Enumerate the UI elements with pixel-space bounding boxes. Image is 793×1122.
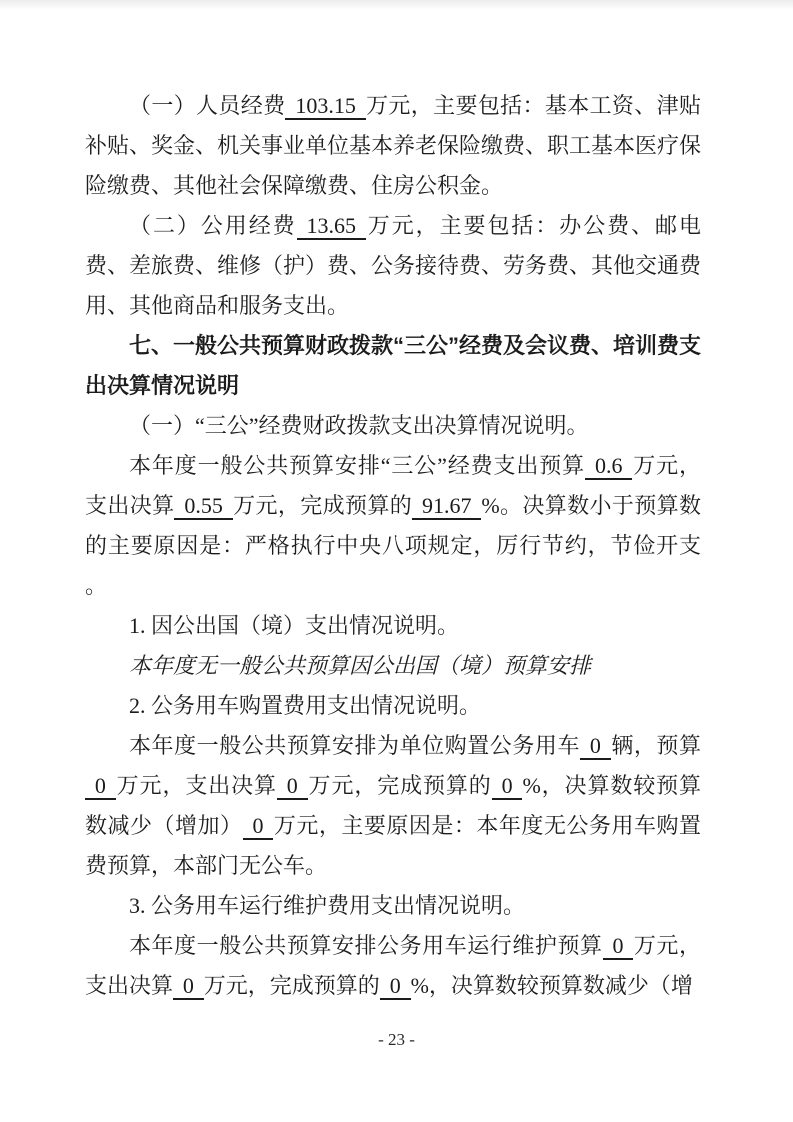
- paragraph-public-expense: （二）公用经费13.65万元，主要包括：办公费、邮电费、差旅费、维修（护）费、公…: [85, 206, 701, 326]
- three-public-subheading: （一）“三公”经费财政拨款支出决算情况说明。: [85, 406, 701, 446]
- paragraph-vehicle-purchase-detail: 本年度一般公共预算安排为单位购置公务用车0辆，预算0万元，支出决算0万元，完成预…: [85, 726, 701, 886]
- underlined-value: 0: [277, 773, 308, 800]
- heading-text: 七、一般公共预算财政拨款“三公”经费及会议费、培训费支出决算情况说明: [85, 333, 701, 398]
- underlined-value: 13.65: [297, 213, 366, 240]
- text-segment: %，决算数较预算数减少（增: [411, 973, 693, 998]
- document-content: （一）人员经费103.15万元，主要包括：基本工资、津贴补贴、奖金、机关事业单位…: [85, 86, 701, 1006]
- text-segment: 1. 因公出国（境）支出情况说明。: [129, 613, 459, 638]
- underlined-value: 0: [603, 933, 634, 960]
- underlined-value: 0: [580, 733, 611, 760]
- underlined-value: 103.15: [285, 93, 365, 120]
- text-segment: 万元，完成预算的: [204, 973, 380, 998]
- page-footer: - 23 -: [0, 1028, 793, 1052]
- underlined-value: 0.6: [585, 453, 632, 480]
- text-segment: 万元，完成预算的: [308, 773, 492, 798]
- underlined-value: 0: [380, 973, 411, 1000]
- text-segment: （一）“三公”经费财政拨款支出决算情况说明。: [129, 413, 589, 438]
- underlined-value: 0: [85, 773, 116, 800]
- text-segment: 万元，完成预算的: [233, 493, 412, 518]
- underlined-value: 0.55: [174, 493, 232, 520]
- item-3-vehicle-maintenance: 3. 公务用车运行维护费用支出情况说明。: [85, 886, 701, 926]
- underlined-value: 91.67: [412, 493, 481, 520]
- paragraph-personnel-expense: （一）人员经费103.15万元，主要包括：基本工资、津贴补贴、奖金、机关事业单位…: [85, 86, 701, 206]
- text-segment: （二）公用经费: [129, 213, 297, 238]
- underlined-value: 0: [243, 813, 274, 840]
- text-segment: 本年度一般公共预算安排公务用车运行维护预算: [129, 933, 603, 958]
- paragraph-vehicle-maintenance-detail: 本年度一般公共预算安排公务用车运行维护预算0万元，支出决算0万元，完成预算的0%…: [85, 926, 701, 1006]
- text-segment: 本年度一般公共预算安排“三公”经费支出预算: [129, 453, 585, 478]
- section-seven-heading: 七、一般公共预算财政拨款“三公”经费及会议费、培训费支出决算情况说明: [85, 326, 701, 406]
- scan-edge-artifact: [0, 0, 793, 10]
- abroad-note: 本年度无一般公共预算因公出国（境）预算安排: [85, 646, 701, 686]
- paragraph-three-public-detail: 本年度一般公共预算安排“三公”经费支出预算0.6万元，支出决算0.55万元，完成…: [85, 446, 701, 606]
- item-1-abroad: 1. 因公出国（境）支出情况说明。: [85, 606, 701, 646]
- document-page: （一）人员经费103.15万元，主要包括：基本工资、津贴补贴、奖金、机关事业单位…: [0, 0, 793, 1122]
- text-segment: 本年度一般公共预算安排为单位购置公务用车: [129, 733, 580, 758]
- underlined-value: 0: [173, 973, 204, 1000]
- item-2-vehicle-purchase: 2. 公务用车购置费用支出情况说明。: [85, 686, 701, 726]
- text-segment: （一）人员经费: [129, 93, 285, 118]
- underlined-value: 0: [492, 773, 523, 800]
- page-number: - 23 -: [378, 1030, 415, 1049]
- text-segment: 3. 公务用车运行维护费用支出情况说明。: [129, 893, 525, 918]
- text-segment: 本年度无一般公共预算因公出国（境）预算安排: [129, 653, 591, 678]
- text-segment: 辆，预算: [611, 733, 701, 758]
- text-segment: 2. 公务用车购置费用支出情况说明。: [129, 693, 481, 718]
- text-segment: 万元，支出决算: [116, 773, 277, 798]
